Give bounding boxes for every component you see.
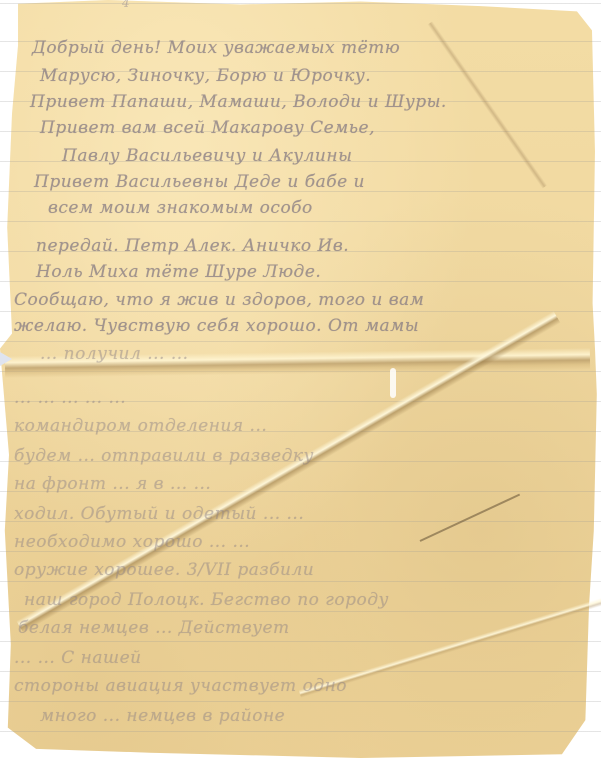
letter-line: командиром отделения ... [14, 416, 267, 436]
scanned-letter: 4 Добрый день! Моих уважаемых тётю Марус… [0, 0, 601, 758]
letter-line: Сообщаю, что я жив и здоров, того и вам [14, 290, 424, 310]
letter-line: ... получил ... ... [40, 344, 189, 364]
letter-line: передай. Петр Алек. Аничко Ив. [36, 236, 349, 256]
letter-line: Ноль Миха тёте Шуре Люде. [36, 262, 321, 282]
letter-line: необходимо хорошо ... ... [14, 532, 250, 552]
letter-line: Марусю, Зиночку, Борю и Юрочку. [40, 66, 371, 86]
handwritten-text: Добрый день! Моих уважаемых тётю Марусю,… [0, 0, 601, 758]
letter-line: будем ... отправили в разведку [14, 446, 314, 466]
letter-line: Павлу Васильевичу и Акулины [62, 146, 352, 166]
letter-line: оружие хорошее. 3/VII разбили [14, 560, 314, 580]
letter-line: Привет вам всей Макарову Семье, [40, 118, 375, 138]
letter-line: ... ... ... ... ... [14, 388, 126, 408]
letter-line: на фронт ... я в ... ... [14, 474, 211, 494]
letter-line: наш город Полоцк. Бегство по городу [24, 590, 389, 610]
letter-line: много ... немцев в районе [40, 706, 285, 726]
letter-line: белая немцев ... Действует [18, 618, 290, 638]
letter-line: ... ... С нашей [14, 648, 142, 668]
letter-line: Добрый день! Моих уважаемых тётю [32, 38, 400, 58]
letter-line: желаю. Чувствую себя хорошо. От мамы [14, 316, 419, 336]
letter-line: Привет Васильевны Деде и бабе и [34, 172, 365, 192]
letter-line: ходил. Обутый и одетый ... ... [14, 504, 304, 524]
letter-line: всем моим знакомым особо [48, 198, 313, 218]
letter-line: стороны авиация участвует одно [14, 676, 347, 696]
letter-line: Привет Папаши, Мамаши, Володи и Шуры. [30, 92, 447, 112]
